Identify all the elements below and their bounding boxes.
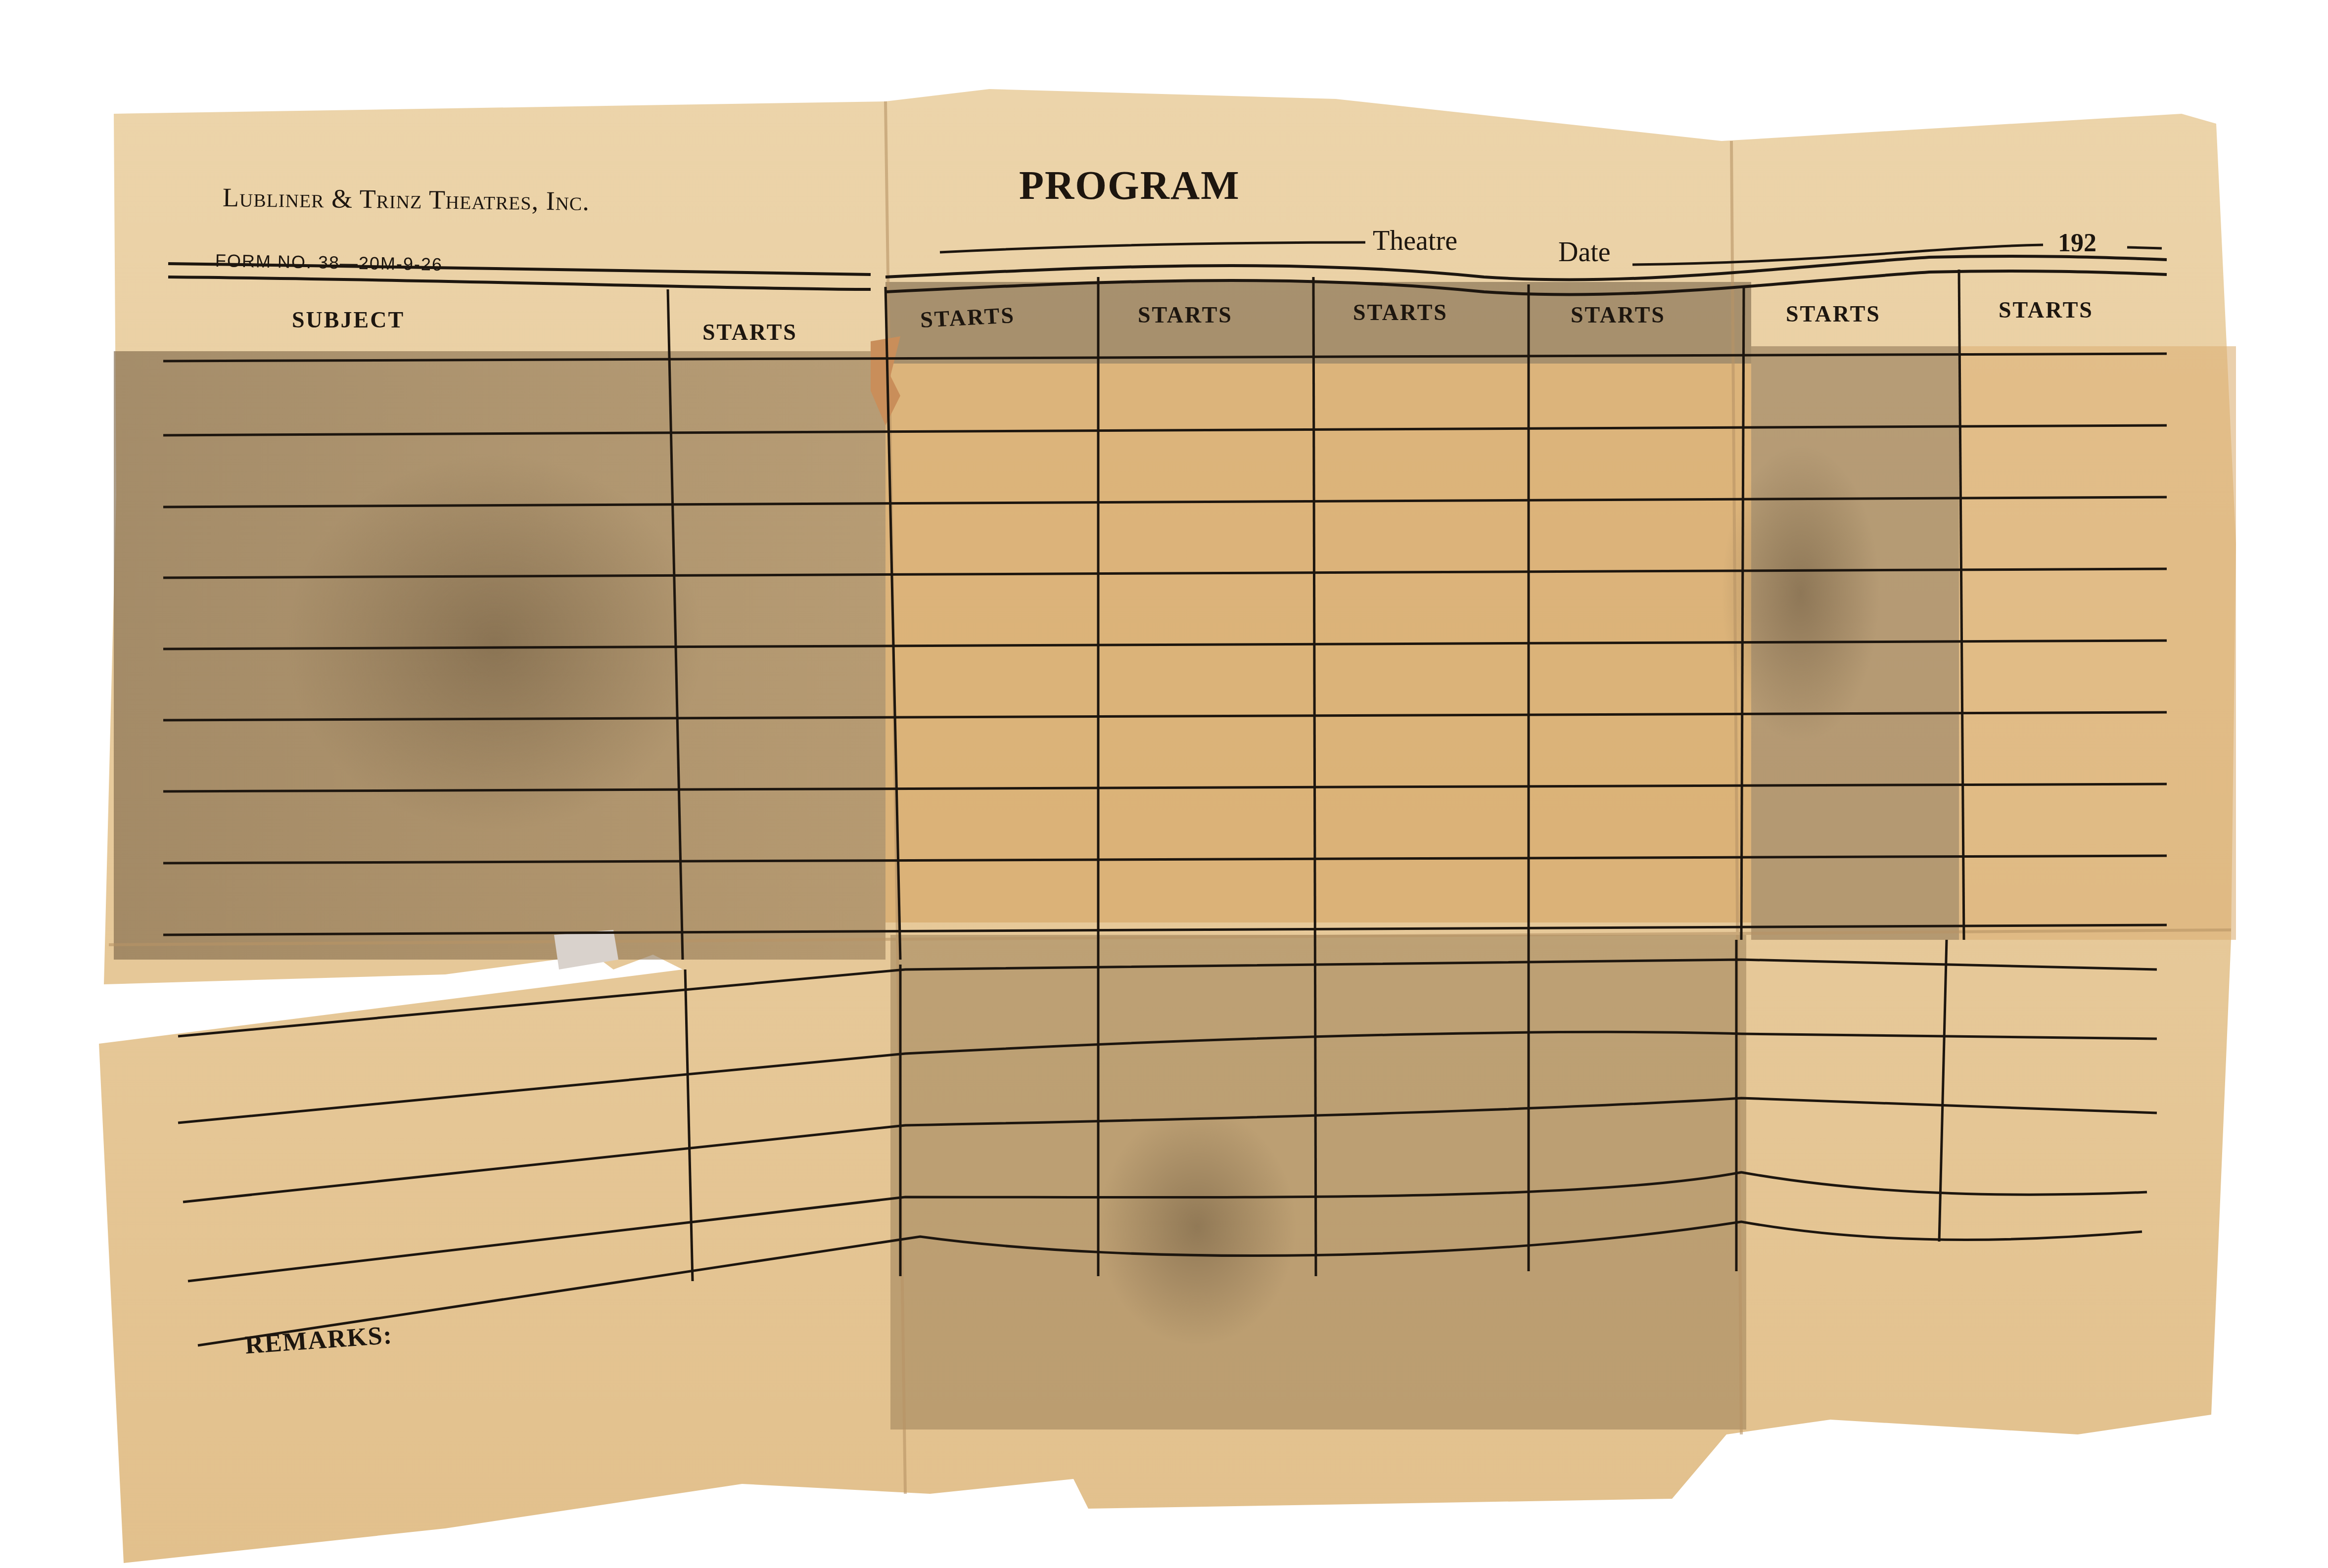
stain-bottom-center: [890, 935, 1746, 1430]
blot: [1098, 1108, 1296, 1345]
column-header-starts-3: STARTS: [1138, 302, 1233, 328]
page-title: PROGRAM: [1019, 162, 1240, 209]
column-header-subject: SUBJECT: [292, 307, 405, 333]
blot: [1722, 445, 1880, 742]
stain-right: [1959, 346, 2236, 940]
column-header-starts-6: STARTS: [1786, 301, 1881, 327]
column-header-starts-1: STARTS: [702, 319, 797, 345]
form-number: FORM NO. 38—20M-9-26: [215, 250, 443, 275]
blot: [287, 455, 702, 831]
year-prefix: 192: [2058, 229, 2096, 258]
date-label: Date: [1558, 236, 1611, 268]
column-header-starts-7: STARTS: [1999, 297, 2094, 323]
theatre-label: Theatre: [1373, 225, 1457, 257]
column-header-starts-5: STARTS: [1571, 302, 1666, 328]
column-header-starts-4: STARTS: [1353, 299, 1448, 325]
company-name: Lubliner & Trinz Theatres, Inc.: [223, 182, 590, 217]
column-header-starts-2: STARTS: [920, 302, 1016, 333]
